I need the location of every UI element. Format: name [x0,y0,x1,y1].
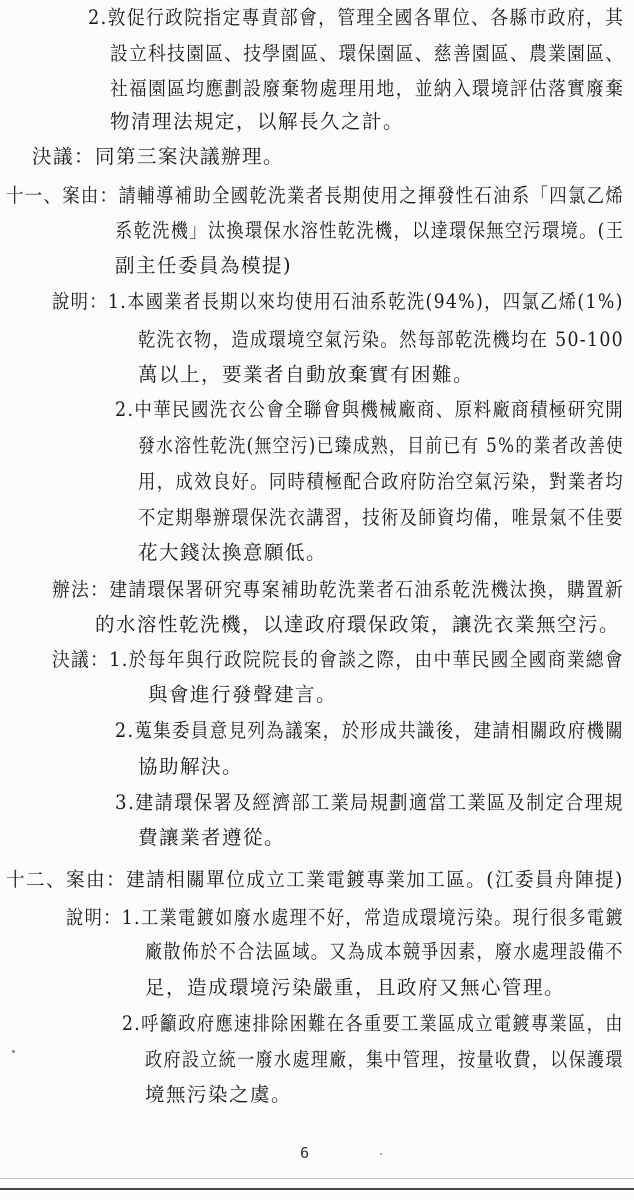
text-line: 辦法：建請環保署研究專案補助乾洗業者石油系乾洗機汰換，購置新 [52,578,624,602]
text-line: 用，成效良好。同時積極配合政府防治空氣污染，對業者均 [138,470,624,494]
text-line: 2.中華民國洗衣公會全聯會與機械廠商、原料廠商積極研究開 [115,398,624,422]
scan-speck [12,1050,15,1053]
text-line: 發水溶性乾洗(無空污)已臻成熟，目前已有 5%的業者改善使 [138,434,624,458]
text-line: 副主任委員為模提) [115,254,292,278]
text-line: 費讓業者遵從。 [138,826,285,850]
text-line: 決議：1.於每年與行政院院長的會談之際，由中華民國全國商業總會 [52,648,624,672]
text-line: 說明：1.工業電鍍如廢水處理不好，常造成環境污染。現行很多電鍍 [66,906,624,930]
text-line: 設立科技園區、技學園區、環保園區、慈善園區、農業園區、 [110,42,624,66]
text-line: 不定期舉辦環保洗衣講習，技術及師資均備，唯景氣不佳要 [138,506,624,530]
text-line: 廠散佈於不合法區域。又為成本競爭因素，廢水處理設備不 [145,940,624,964]
text-line: 政府設立統一廢水處理廠，集中管理，按量收費，以保護環 [145,1048,624,1072]
text-line: 十一、案由：請輔導補助全國乾洗業者長期使用之揮發性石油系「四氯乙烯 [6,184,624,208]
text-line: 協助解決。 [138,755,243,779]
text-line: 物清理法規定，以解長久之計。 [110,110,404,134]
text-line: 境無污染之虞。 [145,1083,292,1107]
text-line: 十二、案由：建請相關單位成立工業電鍍專業加工區。(江委員舟陣提) [6,868,624,892]
text-line: 與會進行發聲建言。 [148,683,337,707]
page-number: 6 [300,1144,309,1162]
text-line: 系乾洗機」汰換環保水溶性乾洗機，以達環保無空污環境。(王 [115,219,624,243]
text-line: 的水溶性乾洗機，以達政府環保政策，讓洗衣業無空污。 [95,613,620,637]
text-line: 2.蒐集委員意見列為議案，於形成共識後，建請相關政府機關 [115,719,624,743]
text-line: 花大錢汰換意願低。 [138,541,327,565]
scan-speck [380,1153,382,1155]
text-line: 3.建請環保署及經濟部工業局規劃適當工業區及制定合理規 [115,791,624,815]
page-bottom-border [0,1188,634,1190]
text-line: 決議：同第三案決議辦理。 [32,145,284,169]
text-line: 足，造成環境污染嚴重，且政府又無心管理。 [145,976,565,1000]
text-line: 社福園區均應劃設廢棄物處理用地，並納入環境評估落實廢棄 [110,77,624,101]
text-line: 萬以上，要業者自動放棄實有困難。 [138,363,474,387]
text-line: 2.敦促行政院指定專責部會，管理全國各單位、各縣市政府，其 [88,6,624,30]
scan-edge-line [0,1178,634,1179]
text-line: 2.呼籲政府應速排除困難在各重要工業區成立電鍍專業區，由 [122,1012,624,1036]
text-line: 乾洗衣物，造成環境空氣污染。然每部乾洗機均在 50-100 [138,328,624,352]
document-page: 6 2.敦促行政院指定專責部會，管理全國各單位、各縣市政府，其設立科技園區、技學… [0,0,634,1200]
text-line: 說明：1.本國業者長期以來均使用石油系乾洗(94%)，四氯乙烯(1%) [52,290,624,314]
